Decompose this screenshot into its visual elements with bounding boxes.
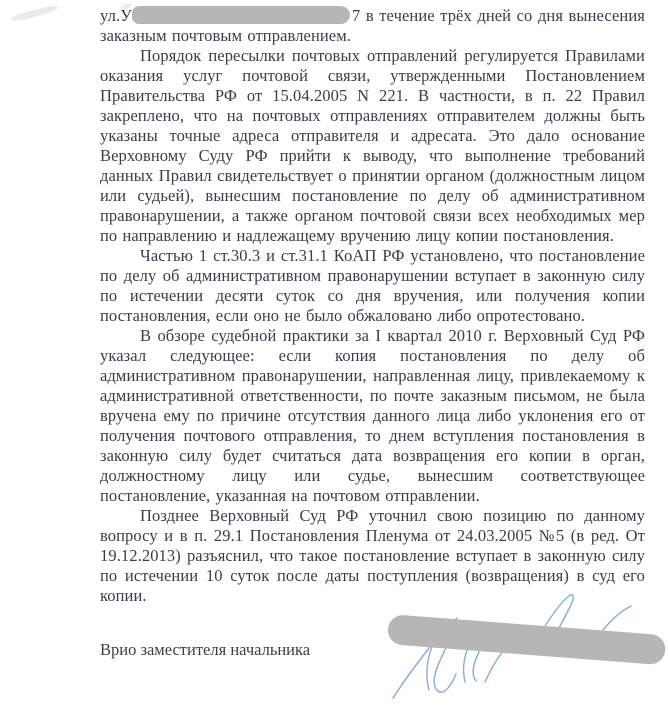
signer-position-title: Врио заместителя начальника <box>100 640 310 660</box>
address-prefix: ул.У <box>100 6 132 25</box>
paragraph-postal-rules: Порядок пересылки почтовых отправлений р… <box>100 46 645 246</box>
letter-body: ул.У7 в течение трёх дней со дня вынесен… <box>100 6 645 606</box>
paragraph-address-continuation: ул.У7 в течение трёх дней со дня вынесен… <box>100 6 645 46</box>
scan-smudge-artifact <box>10 4 58 22</box>
paragraph-koap-entry-into-force: Частью 1 ст.30.3 и ст.31.1 КоАП РФ устан… <box>100 246 645 326</box>
address-redaction-bar <box>132 6 350 24</box>
paragraph-court-practice-review: В обзоре судебной практики за I квартал … <box>100 326 645 506</box>
scanned-letter-page: ул.У7 в течение трёх дней со дня вынесен… <box>0 0 668 725</box>
